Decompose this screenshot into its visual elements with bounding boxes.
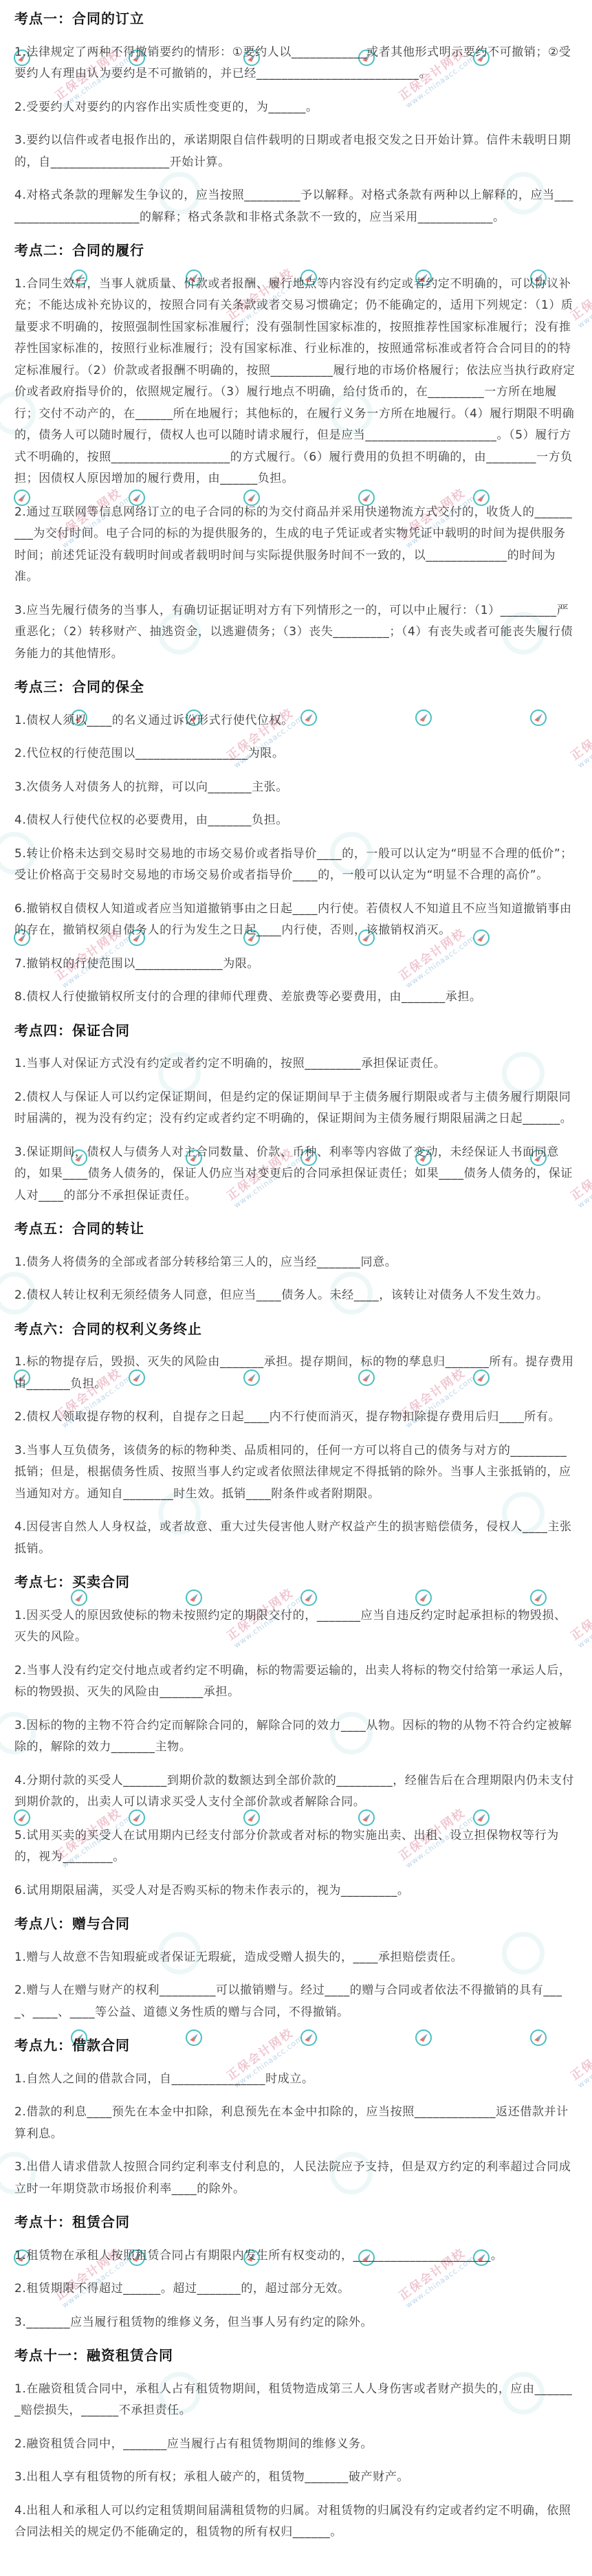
note-item: 1.在融资租赁合同中，承租人占有租赁物期间，租赁物造成第三人人身伤害或者财产损失…	[14, 2379, 578, 2422]
note-item: 3.因标的物的主物不符合约定而解除合同的，解除合同的效力____从物。因标的物的…	[14, 1715, 578, 1759]
section-title: 考点六：合同的权利义务终止	[14, 1319, 578, 1341]
section-title: 考点九：借款合同	[14, 2035, 578, 2057]
section-title: 考点十：租赁合同	[14, 2212, 578, 2234]
note-item: 4.债权人行使代位权的必要费用，由_______负担。	[14, 810, 578, 832]
note-item: 3.出租人享有租赁物的所有权；承租人破产的，租赁物_______破产财产。	[14, 2467, 578, 2489]
note-item: 1.当事人对保证方式没有约定或者约定不明确的，按照_________承担保证责任…	[14, 1053, 578, 1075]
note-item: 4.对格式条款的理解发生争议的，应当按照_________予以解释。对格式条款有…	[14, 185, 578, 228]
section-title: 考点四：保证合同	[14, 1020, 578, 1042]
note-item: 3.次债务人对债务人的抗辩，可以向_______主张。	[14, 777, 578, 799]
section-title: 考点十一：融资租赁合同	[14, 2345, 578, 2367]
note-item: 7.撤销权的行使范围以______________为限。	[14, 954, 578, 976]
note-item: 1.因买受人的原因致使标的物未按照约定的期限交付的，_______应当自违反约定…	[14, 1605, 578, 1649]
note-item: 2.融资租赁合同中，_______应当履行占有租赁物期间的维修义务。	[14, 2434, 578, 2456]
section-title: 考点一：合同的订立	[14, 8, 578, 30]
note-item: 3.应当先履行债务的当事人，有确切证据证明对方有下列情形之一的，可以中止履行：（…	[14, 600, 578, 665]
note-item: 2.通过互联网等信息网络订立的电子合同的标的为交付商品并采用快递物流方式交付的，…	[14, 502, 578, 588]
note-item: 6.撤销权自债权人知道或者应当知道撤销事由之日起____内行使。若债权人不知道且…	[14, 899, 578, 942]
note-item: 4.因侵害自然人人身权益，或者故意、重大过失侵害他人财产权益产生的损害赔偿债务，…	[14, 1517, 578, 1560]
note-item: 2.租赁期限不得超过______。超过_______的，超过部分无效。	[14, 2278, 578, 2300]
note-item: 1.债务人将债务的全部或者部分转移给第三人的，应当经_______同意。	[14, 1252, 578, 1274]
note-item: 3.当事人互负债务，该债务的标的物种类、品质相同的，任何一方可以将自己的债务与对…	[14, 1440, 578, 1506]
note-item: 2.代位权的行使范围以__________________为限。	[14, 743, 578, 765]
note-item: 1.赠与人故意不告知瑕疵或者保证无瑕疵，造成受赠人损失的，____承担赔偿责任。	[14, 1947, 578, 1969]
note-item: 1.标的物提存后，毁损、灭失的风险由_______承担。提存期间，标的物的孳息归…	[14, 1352, 578, 1395]
note-item: 6.试用期限届满，买受人对是否购买标的物未作表示的，视为_________。	[14, 1880, 578, 1902]
document-page: 正保会计网校www.chinaacc.com正保会计网校www.chinaacc…	[0, 0, 592, 2576]
section-title: 考点二：合同的履行	[14, 240, 578, 262]
note-item: 4.分期付款的买受人_______到期价款的数额达到全部价款的_________…	[14, 1770, 578, 1814]
note-item: 2.债权人与保证人可以约定保证期间，但是约定的保证期间早于主债务履行期限或者与主…	[14, 1087, 578, 1130]
study-notes: 考点一：合同的订立1.法律规定了两种不得撤销要约的情形：①要约人以_______…	[0, 0, 592, 2576]
note-item: 1.法律规定了两种不得撤销要约的情形：①要约人以____________或者其他…	[14, 42, 578, 85]
note-item: 5.转让价格未达到交易时交易地的市场交易价或者指导价____的，一般可以认定为“…	[14, 844, 578, 887]
note-item: 1.债权人须以____的名义通过诉讼形式行使代位权。	[14, 710, 578, 732]
note-item: 5.试用买卖的买受人在试用期内已经支付部分价款或者对标的物实施出卖、出租、设立担…	[14, 1825, 578, 1869]
note-item: 8.债权人行使撤销权所支付的合理的律师代理费、差旅费等必要费用，由_______…	[14, 987, 578, 1009]
note-item: 3._______应当履行租赁物的维修义务，但当事人另有约定的除外。	[14, 2312, 578, 2334]
note-item: 4.出租人和承租人可以约定租赁期间届满租赁物的归属。对租赁物的归属没有约定或者约…	[14, 2500, 578, 2544]
note-item: 3.要约以信件或者电报作出的，承诺期限自信件载明的日期或者电报交发之日开始计算。…	[14, 130, 578, 173]
section-title: 考点三：合同的保全	[14, 676, 578, 698]
note-item: 2.受要约人对要约的内容作出实质性变更的，为______。	[14, 97, 578, 119]
note-item: 2.债权人领取提存物的权利，自提存之日起____内不行使而消灭，提存物扣除提存费…	[14, 1407, 578, 1429]
note-item: 2.赠与人在赠与财产的权利_________可以撤销赠与。经过____的赠与合同…	[14, 1980, 578, 2023]
note-item: 2.当事人没有约定交付地点或者约定不明确，标的物需要运输的，出卖人将标的物交付给…	[14, 1660, 578, 1704]
section-title: 考点七：买卖合同	[14, 1572, 578, 1594]
section-title: 考点五：合同的转让	[14, 1218, 578, 1240]
note-item: 2.借款的利息____预先在本金中扣除，利息预先在本金中扣除的，应当按照____…	[14, 2102, 578, 2145]
note-item: 1.租赁物在承租人按照租赁合同占有期限内发生所有权变动的，___________…	[14, 2245, 578, 2267]
note-item: 3.保证期间，债权人与债务人对主合同数量、价款、币种、利率等内容做了变动，未经保…	[14, 1142, 578, 1207]
note-item: 1.自然人之间的借款合同，自_______________时成立。	[14, 2069, 578, 2091]
note-item: 1.合同生效后，当事人就质量、价款或者报酬、履行地点等内容没有约定或者约定不明确…	[14, 274, 578, 490]
section-title: 考点八：赠与合同	[14, 1913, 578, 1935]
note-item: 2.债权人转让权利无须经债务人同意，但应当____债务人。未经____，该转让对…	[14, 1285, 578, 1307]
note-item: 3.出借人请求借款人按照合同约定利率支付利息的，人民法院应予支持，但是双方约定的…	[14, 2157, 578, 2200]
